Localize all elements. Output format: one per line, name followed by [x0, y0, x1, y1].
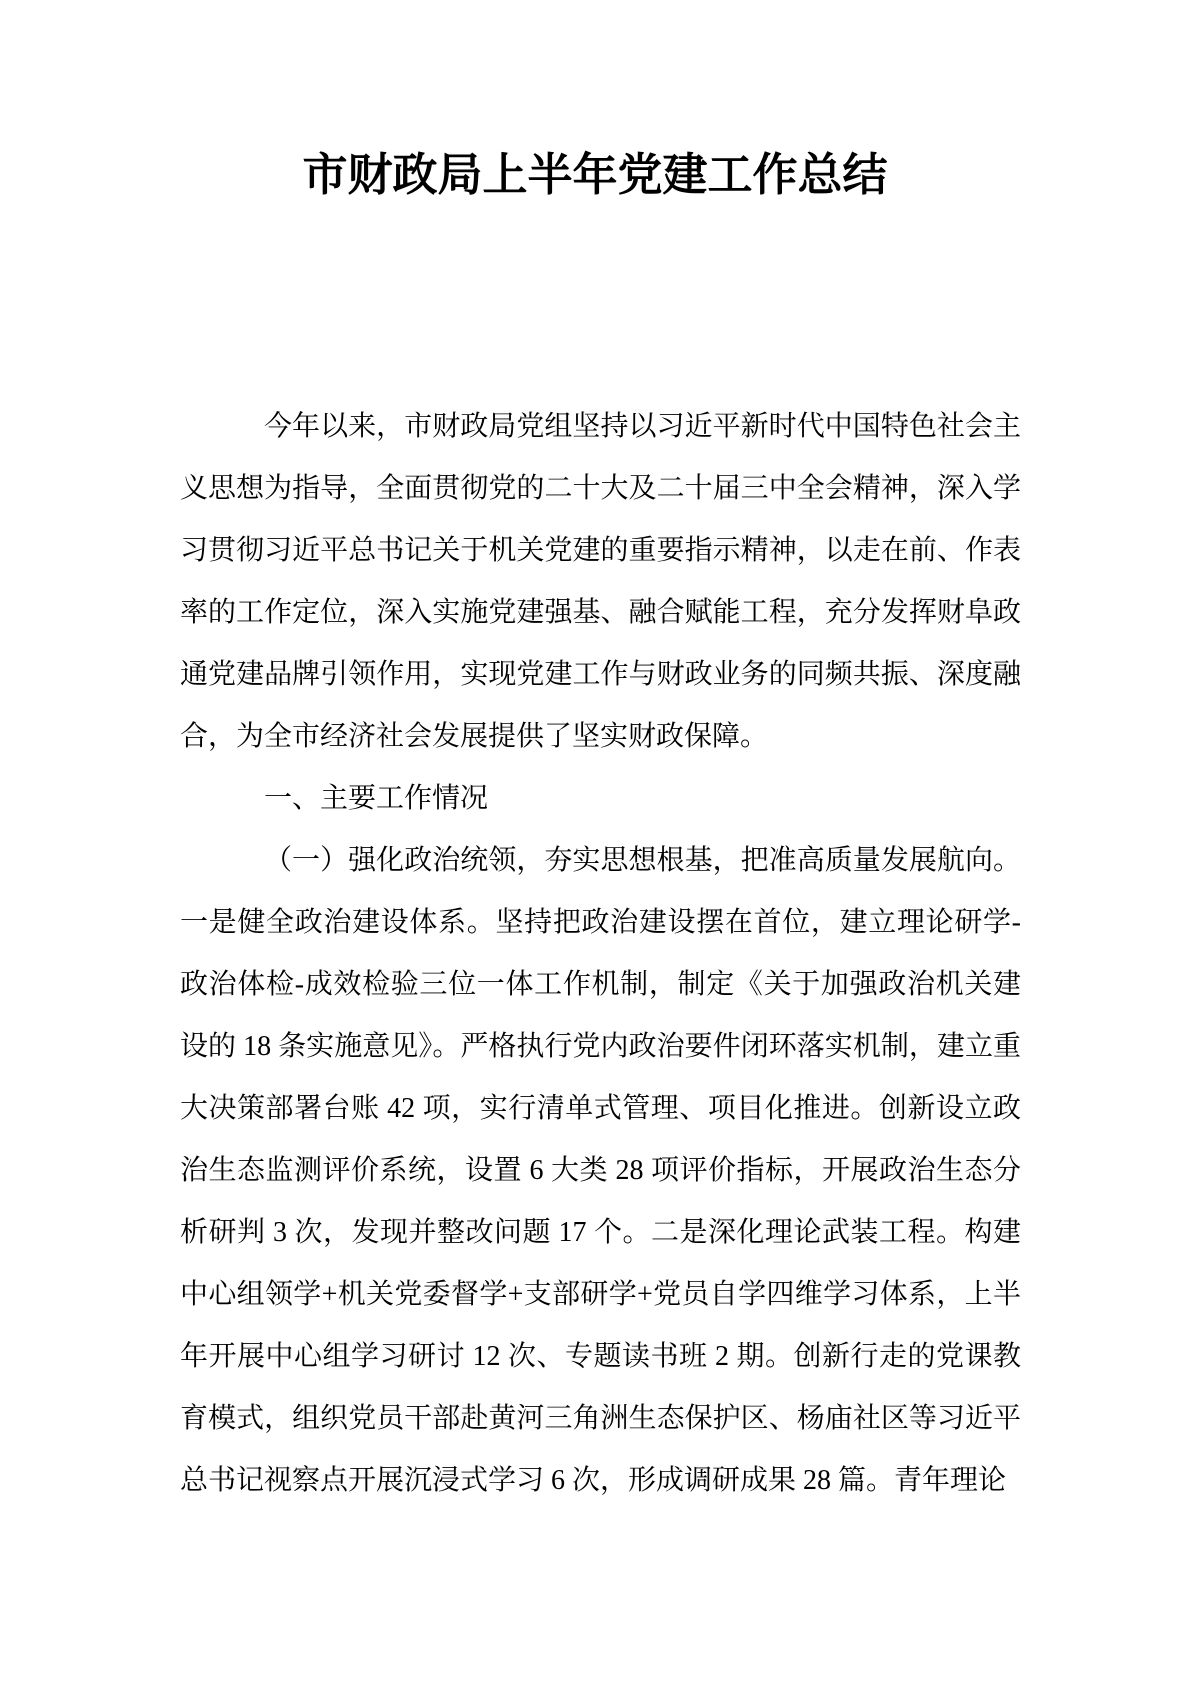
- section-one-paragraph: （一）强化政治统领，夯实思想根基，把准高质量发展航向。一是健全政治建设体系。坚持…: [180, 830, 1021, 1512]
- document-page: 市财政局上半年党建工作总结 今年以来，市财政局党组坚持以习近平新时代中国特色社会…: [0, 0, 1190, 1683]
- section-one-heading: 一、主要工作情况: [180, 768, 1021, 830]
- intro-paragraph: 今年以来，市财政局党组坚持以习近平新时代中国特色社会主义思想为指导，全面贯彻党的…: [180, 396, 1021, 768]
- document-title: 市财政局上半年党建工作总结: [0, 144, 1190, 206]
- document-body: 今年以来，市财政局党组坚持以习近平新时代中国特色社会主义思想为指导，全面贯彻党的…: [180, 396, 1021, 1512]
